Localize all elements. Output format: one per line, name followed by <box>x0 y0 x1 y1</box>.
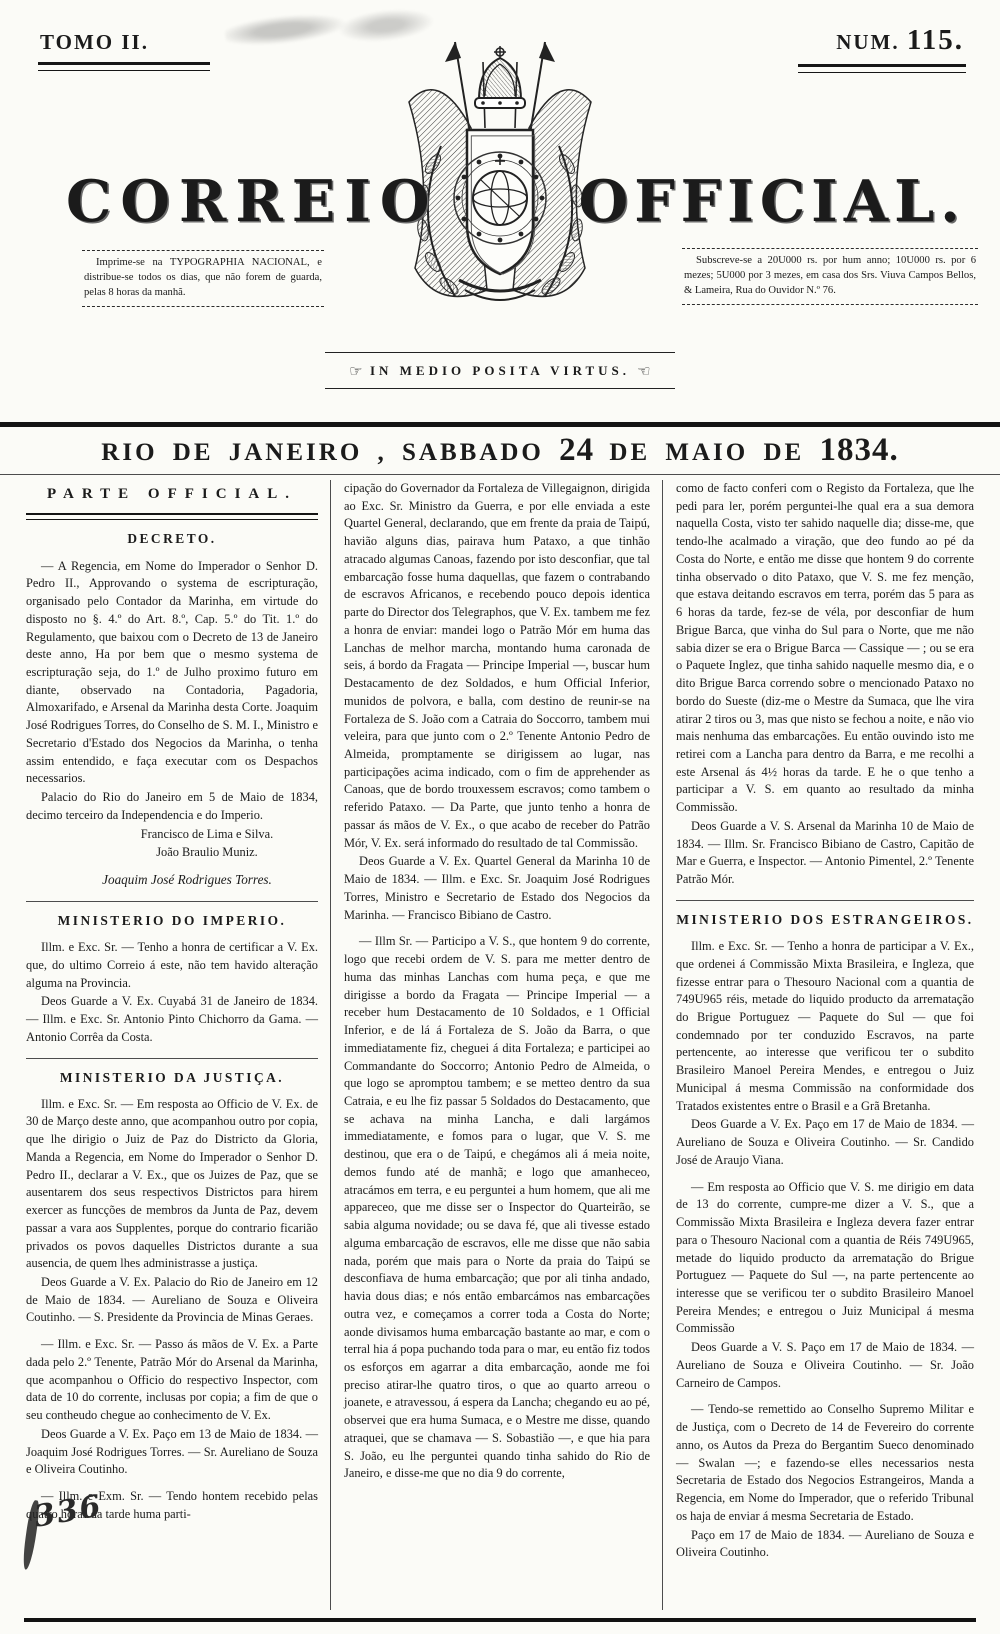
subscription-notice: Subscreve-se a 20U000 rs. por hum anno; … <box>682 248 978 305</box>
paragraph: — Illm Sr. — Participo a V. S., que hont… <box>344 933 650 1483</box>
newspaper-title-right: OFFICIAL. <box>579 168 966 235</box>
newspaper-page: TOMO II. NUM. 115. <box>0 0 1000 1634</box>
volume-label: TOMO II. <box>40 30 149 55</box>
column-1: PARTE OFFICIAL. DECRETO. — A Regencia, e… <box>26 480 318 1610</box>
paragraph: Illm. e Exc. Sr. — Tenho a honra de cert… <box>26 939 318 992</box>
paragraph: Illm. e Exc. Sr. — Tenho a honra de part… <box>676 938 974 1115</box>
double-rule <box>26 513 318 520</box>
section-title-parte-official: PARTE OFFICIAL. <box>26 484 318 505</box>
dateline-day: 24 <box>559 432 594 468</box>
imprint-notice: Imprime-se na TYPOGRAPHIA NACIONAL, e di… <box>82 250 324 307</box>
column-3: como de facto conferi com o Registo da F… <box>662 480 974 1610</box>
pointing-hand-left-icon: ☜ <box>637 362 650 380</box>
paragraph: como de facto conferi com o Registo da F… <box>676 480 974 817</box>
issue-number: NUM. 115. <box>836 24 964 57</box>
paragraph: Deos Guarde a V. Ex. Paço em 13 de Maio … <box>26 1426 318 1479</box>
paragraph: — Tendo-se remettido ao Conselho Supremo… <box>676 1401 974 1525</box>
heading-ministerio-justica: MINISTERIO DA JUSTIÇA. <box>26 1068 318 1087</box>
paragraph: Deos Guarde a V. S. Arsenal da Marinha 1… <box>676 818 974 889</box>
motto-text: IN MEDIO POSITA VIRTUS. <box>370 363 630 378</box>
paragraph: — Em resposta ao Officio que V. S. me di… <box>676 1179 974 1339</box>
signature: João Braulio Muniz. <box>26 844 318 862</box>
motto-box: ☞ IN MEDIO POSITA VIRTUS. ☜ <box>325 352 675 389</box>
section-divider <box>26 1058 318 1059</box>
paragraph: Illm. e Exc. Sr. — Em resposta ao Offici… <box>26 1096 318 1273</box>
signature: Francisco de Lima e Silva. <box>26 826 318 844</box>
pointing-hand-right-icon: ☞ <box>349 362 362 380</box>
heading-ministerio-estrangeiros: MINISTERIO DOS ESTRANGEIROS. <box>676 910 974 929</box>
paragraph: Palacio do Rio do Janeiro em 5 de Maio d… <box>26 789 318 824</box>
issue-underline <box>798 64 966 73</box>
paragraph: cipação do Governador da Fortaleza de Vi… <box>344 480 650 852</box>
section-divider <box>676 900 974 901</box>
column-2: cipação do Governador da Fortaleza de Vi… <box>330 480 650 1610</box>
dateline: RIO DE JANEIRO , SABBADO 24 DE MAIO DE 1… <box>0 422 1000 472</box>
dateline-month: DE MAIO DE <box>609 439 804 466</box>
paragraph: — A Regencia, em Nome do Imperador o Sen… <box>26 558 318 789</box>
paragraph: Deos Guarde a V. Ex. Quartel General da … <box>344 853 650 924</box>
signature-minister: Joaquim José Rodrigues Torres. <box>26 871 318 890</box>
heading-ministerio-imperio: MINISTERIO DO IMPERIO. <box>26 911 318 930</box>
paragraph: Deos Guarde a V. Ex. Palacio do Rio de J… <box>26 1274 318 1327</box>
newspaper-title-left: CORREIO <box>66 168 439 235</box>
heading-decreto: DECRETO. <box>26 529 318 548</box>
dateline-city: RIO DE JANEIRO , SABBADO <box>101 439 544 466</box>
issue-number-label: NUM. <box>836 30 899 54</box>
volume-underline <box>38 62 210 71</box>
paragraph: Deos Guarde a V. Ex. Paço em 17 de Maio … <box>676 1116 974 1169</box>
dateline-year: 1834. <box>819 432 898 468</box>
issue-number-value: 115. <box>907 24 964 56</box>
paragraph: Deos Guarde a V. S. Paço em 17 de Maio d… <box>676 1339 974 1392</box>
paragraph: Deos Guarde a V. Ex. Cuyabá 31 de Janeir… <box>26 993 318 1046</box>
bottom-rule <box>24 1618 976 1622</box>
article-columns: PARTE OFFICIAL. DECRETO. — A Regencia, e… <box>0 474 1000 1610</box>
masthead-area: TOMO II. NUM. 115. <box>0 0 1000 474</box>
paragraph: Paço em 17 de Maio de 1834. — Aureliano … <box>676 1527 974 1562</box>
section-divider <box>26 901 318 902</box>
paragraph: — Illm. e Exc. Sr. — Passo ás mãos de V.… <box>26 1336 318 1425</box>
